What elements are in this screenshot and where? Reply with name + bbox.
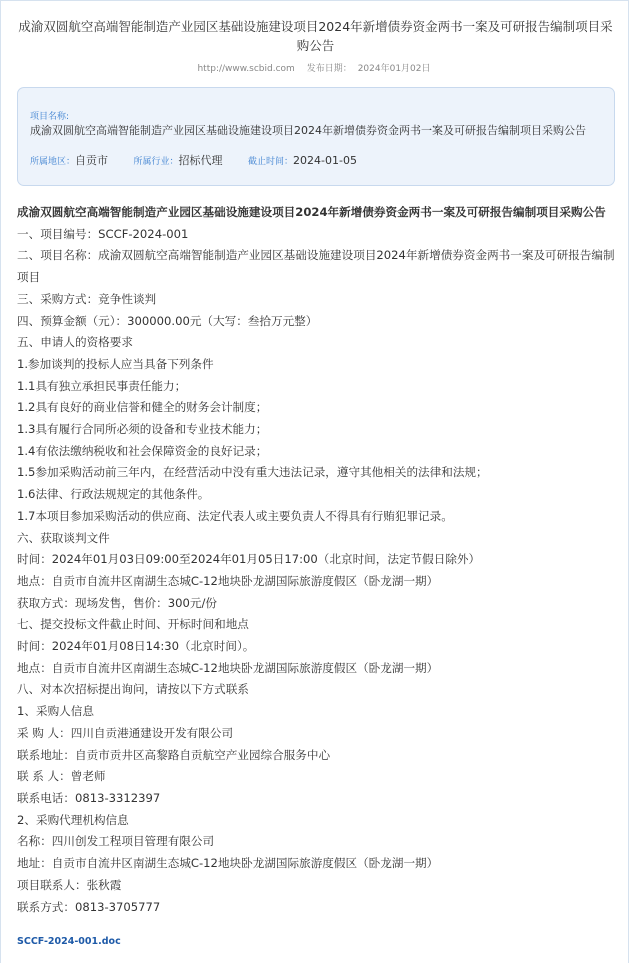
body-line: 1.参加谈判的投标人应当具备下列条件	[17, 354, 617, 376]
body-line: 项目联系人：张秋霞	[17, 875, 617, 897]
body-line: 联系地址：自贡市贡井区高黎路自贡航空产业园综合服务中心	[17, 745, 617, 767]
body-line: 1.3具有履行合同所必须的设备和专业技术能力；	[17, 419, 617, 441]
body-line: 地址：自贡市自流井区南湖生态城C-12地块卧龙湖国际旅游度假区（卧龙湖一期）	[17, 853, 617, 875]
body-line: 一、项目编号：SCCF-2024-001	[17, 224, 617, 246]
body-line: 地点：自贡市自流井区南湖生态城C-12地块卧龙湖国际旅游度假区（卧龙湖一期）	[17, 571, 617, 593]
source-url: http://www.scbid.com	[197, 64, 294, 74]
body-line: 联系方式：0813-3705777	[17, 897, 617, 919]
body-line: 四、预算金额（元）：300000.00元（大写：叁拾万元整）	[17, 311, 617, 333]
body-line: 三、采购方式：竞争性谈判	[17, 289, 617, 311]
deadline-label: 截止时间：	[248, 157, 293, 167]
body-line: 1.7本项目参加采购活动的供应商、法定代表人或主要负责人不得具有行贿犯罪记录。	[17, 506, 617, 528]
region-label: 所属地区：	[30, 157, 75, 167]
body-line: 联 系 人：曾老师	[17, 766, 617, 788]
body-line: 1.1具有独立承担民事责任能力；	[17, 376, 617, 398]
project-name-label: 项目名称:	[30, 109, 69, 122]
region-value: 自贡市	[75, 154, 108, 167]
body-line: 二、项目名称：成渝双圆航空高端智能制造产业园区基础设施建设项目2024年新增债券…	[17, 245, 617, 288]
body-line: 1.2具有良好的商业信誉和健全的财务会计制度；	[17, 397, 617, 419]
body-line: 1.6法律、行政法规规定的其他条件。	[17, 484, 617, 506]
industry-label: 所属行业：	[134, 157, 179, 167]
body-line: 1.4有依法缴纳税收和社会保障资金的良好记录；	[17, 441, 617, 463]
body-line: 五、申请人的资格要求	[17, 332, 617, 354]
body-line: 1.5参加采购活动前三年内，在经营活动中没有重大违法记录，遵守其他相关的法律和法…	[17, 462, 617, 484]
meta-line: http://www.scbid.com 发布日期：2024年01月02日	[0, 61, 631, 74]
body-line: 名称：四川创发工程项目管理有限公司	[17, 831, 617, 853]
body-line: 时间：2024年01月08日14:30（北京时间）。	[17, 636, 617, 658]
deadline-value: 2024-01-05	[293, 154, 357, 167]
publish-date: 发布日期：2024年01月02日	[304, 64, 434, 74]
project-info-box: 项目名称: 成渝双圆航空高端智能制造产业园区基础设施建设项目2024年新增债券资…	[17, 87, 615, 186]
industry-value: 招标代理	[179, 154, 223, 167]
body-line: 获取方式：现场发售，售价：300元/份	[17, 593, 617, 615]
page-title: 成渝双圆航空高端智能制造产业园区基础设施建设项目2024年新增债券资金两书一案及…	[14, 17, 617, 55]
body-line: 六、获取谈判文件	[17, 528, 617, 550]
publish-date-value: 2024年01月02日	[358, 64, 431, 74]
body-heading: 成渝双圆航空高端智能制造产业园区基础设施建设项目2024年新增债券资金两书一案及…	[17, 202, 617, 224]
body-line: 八、对本次招标提出询问，请按以下方式联系	[17, 679, 617, 701]
announcement-body: 成渝双圆航空高端智能制造产业园区基础设施建设项目2024年新增债券资金两书一案及…	[17, 202, 617, 918]
body-line: 时间：2024年01月03日09:00至2024年01月05日17:00（北京时…	[17, 549, 617, 571]
body-line: 2、采购代理机构信息	[17, 810, 617, 832]
body-line: 采 购 人：四川自贡港通建设开发有限公司	[17, 723, 617, 745]
body-line: 联系电话：0813-3312397	[17, 788, 617, 810]
publish-date-label: 发布日期：	[307, 64, 352, 74]
project-attributes: 所属地区：自贡市 所属行业：招标代理 截止时间：2024-01-05	[30, 152, 379, 168]
body-line: 1、采购人信息	[17, 701, 617, 723]
body-line: 地点：自贡市自流井区南湖生态城C-12地块卧龙湖国际旅游度假区（卧龙湖一期）	[17, 658, 617, 680]
project-name-value: 成渝双圆航空高端智能制造产业园区基础设施建设项目2024年新增债券资金两书一案及…	[30, 122, 586, 138]
attachment-link[interactable]: SCCF-2024-001.doc	[17, 936, 121, 947]
body-line: 七、提交投标文件截止时间、开标时间和地点	[17, 614, 617, 636]
